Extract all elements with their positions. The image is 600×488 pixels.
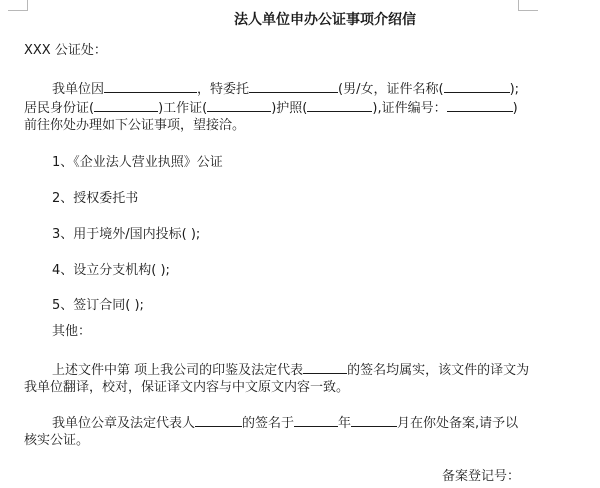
text: 我单位公章及法定代表人 bbox=[52, 416, 195, 431]
passport-blank[interactable] bbox=[307, 98, 372, 112]
work-id-blank[interactable] bbox=[207, 98, 271, 112]
paragraph-1-line-3: 前往你处办理如下公证事项，望接洽。 bbox=[24, 117, 245, 135]
document-title: 法人单位申办公证事项介绍信 bbox=[0, 11, 600, 29]
text: )工作证( bbox=[158, 101, 207, 116]
text: )护照( bbox=[271, 101, 307, 116]
legal-representative-blank[interactable] bbox=[195, 413, 242, 427]
text: 月在你处备案,请予以 bbox=[397, 416, 518, 431]
text: (男/女，证件名称( bbox=[338, 82, 444, 97]
item-4: 4、设立分支机构( ); bbox=[52, 262, 170, 280]
text: ) bbox=[513, 101, 518, 116]
id-type-blank[interactable] bbox=[444, 79, 510, 93]
item-2: 2、授权委托书 bbox=[52, 190, 138, 208]
legal-rep-blank[interactable] bbox=[303, 360, 347, 374]
text: ),证件编号： bbox=[372, 101, 446, 116]
resident-id-blank[interactable] bbox=[94, 98, 158, 112]
paragraph-1-line-1: 我单位因，特委托(男/女，证件名称(); bbox=[52, 79, 519, 99]
item-1: 1、《企业法人营业执照》公证 bbox=[52, 154, 223, 172]
item-5: 5、签订合同( ); bbox=[52, 297, 144, 315]
text: 的签名均属实，该文件的译文为 bbox=[347, 363, 529, 378]
year-blank[interactable] bbox=[294, 413, 338, 427]
delegate-name-blank[interactable] bbox=[249, 79, 338, 93]
text: 上述文件中第 项上我公司的印鉴及法定代表 bbox=[52, 363, 303, 378]
paragraph-2-line-1: 上述文件中第 项上我公司的印鉴及法定代表的签名均属实，该文件的译文为 bbox=[52, 360, 529, 380]
text: ，特委托 bbox=[197, 82, 249, 97]
paragraph-3-line-2: 核实公证。 bbox=[24, 432, 89, 450]
registration-number-label: 备案登记号： bbox=[442, 468, 520, 486]
text: 我单位因 bbox=[52, 82, 104, 97]
page-corner-mark-left bbox=[8, 0, 28, 11]
text: 居民身份证( bbox=[24, 101, 94, 116]
month-blank[interactable] bbox=[351, 413, 397, 427]
salutation: XXX 公证处： bbox=[24, 42, 107, 60]
paragraph-3-line-1: 我单位公章及法定代表人的签名于年月在你处备案,请予以 bbox=[52, 413, 518, 433]
text: 的签名于 bbox=[242, 416, 294, 431]
id-number-blank[interactable] bbox=[447, 98, 513, 112]
text: ); bbox=[510, 82, 519, 97]
page-corner-mark-right bbox=[518, 0, 538, 11]
other-label: 其他： bbox=[52, 323, 91, 341]
text: 年 bbox=[338, 416, 351, 431]
reason-blank[interactable] bbox=[104, 79, 197, 93]
item-3: 3、用于境外/国内投标( ); bbox=[52, 226, 200, 244]
paragraph-1-line-2: 居民身份证()工作证()护照(),证件编号：) bbox=[24, 98, 518, 118]
paragraph-2-line-2: 我单位翻译，校对，保证译文内容与中文原文内容一致。 bbox=[24, 379, 349, 397]
